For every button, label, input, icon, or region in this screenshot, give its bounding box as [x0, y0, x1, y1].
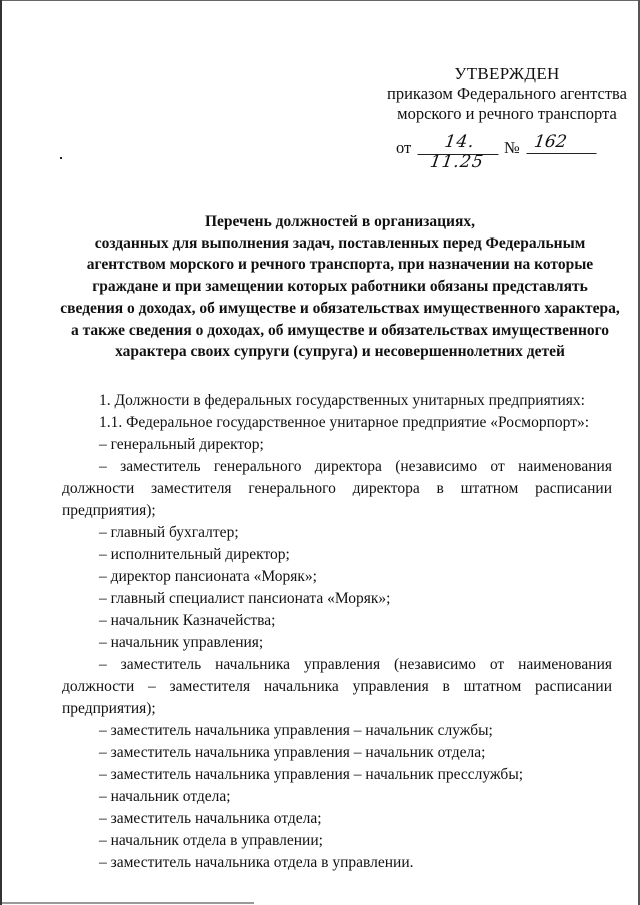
title-line: Перечень должностей в организациях,: [60, 211, 620, 233]
order-number-handwritten: 162: [526, 132, 599, 154]
list-item: – начальник Казначейства;: [62, 610, 612, 632]
scan-speck: [60, 157, 62, 159]
from-label: от: [396, 138, 411, 158]
page-border-top: [0, 0, 640, 1]
order-date-handwritten: 14. 11.25: [417, 132, 501, 155]
section-heading: 1. Должности в федеральных государственн…: [62, 390, 612, 412]
title-line: агентством морского и речного транспорта…: [60, 254, 620, 276]
approval-stamp: УТВЕРЖДЕН приказом Федерального агентств…: [372, 64, 640, 124]
title-line: а также сведения о доходах, об имуществе…: [60, 320, 620, 342]
subsection-heading: 1.1. Федеральное государственное унитарн…: [62, 412, 612, 434]
list-item: – начальник отдела в управлении;: [62, 830, 612, 852]
list-item: – начальник отдела;: [62, 786, 612, 808]
list-item: – директор пансионата «Моряк»;: [62, 566, 612, 588]
approved-heading: УТВЕРЖДЕН: [372, 64, 640, 84]
list-item: – заместитель начальника управления (нез…: [62, 654, 612, 676]
list-item: – заместитель генерального директора (не…: [62, 456, 612, 478]
list-item: – заместитель начальника управления – на…: [62, 764, 612, 786]
list-item-continuation: предприятия);: [62, 500, 612, 522]
approval-line-1: приказом Федерального агентства: [372, 84, 640, 104]
title-line: граждане и при замещении которых работни…: [60, 276, 620, 298]
title-line: характера своих супруги (супруга) и несо…: [60, 341, 620, 363]
list-item: – генеральный директор;: [62, 434, 612, 456]
title-line: сведения о доходах, об имуществе и обяза…: [60, 298, 620, 320]
page-border-left: [0, 0, 2, 905]
list-item: – заместитель начальника отдела в управл…: [62, 852, 612, 874]
approval-line-2: морского и речного транспорта: [372, 104, 640, 124]
list-item-continuation: предприятия);: [62, 698, 612, 720]
document-body: 1. Должности в федеральных государственн…: [62, 390, 612, 874]
list-item: – заместитель начальника управления – на…: [62, 742, 612, 764]
list-item: – заместитель начальника управления – на…: [62, 720, 612, 742]
bottom-rule: [2, 902, 254, 904]
list-item: – заместитель начальника отдела;: [62, 808, 612, 830]
list-item: – главный специалист пансионата «Моряк»;: [62, 588, 612, 610]
document-title: Перечень должностей в организациях, созд…: [60, 211, 620, 363]
list-item: – главный бухгалтер;: [62, 522, 612, 544]
list-item: – исполнительный директор;: [62, 544, 612, 566]
list-item-continuation: должности заместителя генерального дирек…: [62, 478, 612, 500]
title-line: созданных для выполнения задач, поставле…: [60, 233, 620, 255]
list-item-continuation: должности – заместителя начальника управ…: [62, 676, 612, 698]
number-label: №: [504, 138, 520, 158]
list-item: – начальник управления;: [62, 632, 612, 654]
order-signature-line: от 14. 11.25 № 162: [394, 134, 604, 158]
